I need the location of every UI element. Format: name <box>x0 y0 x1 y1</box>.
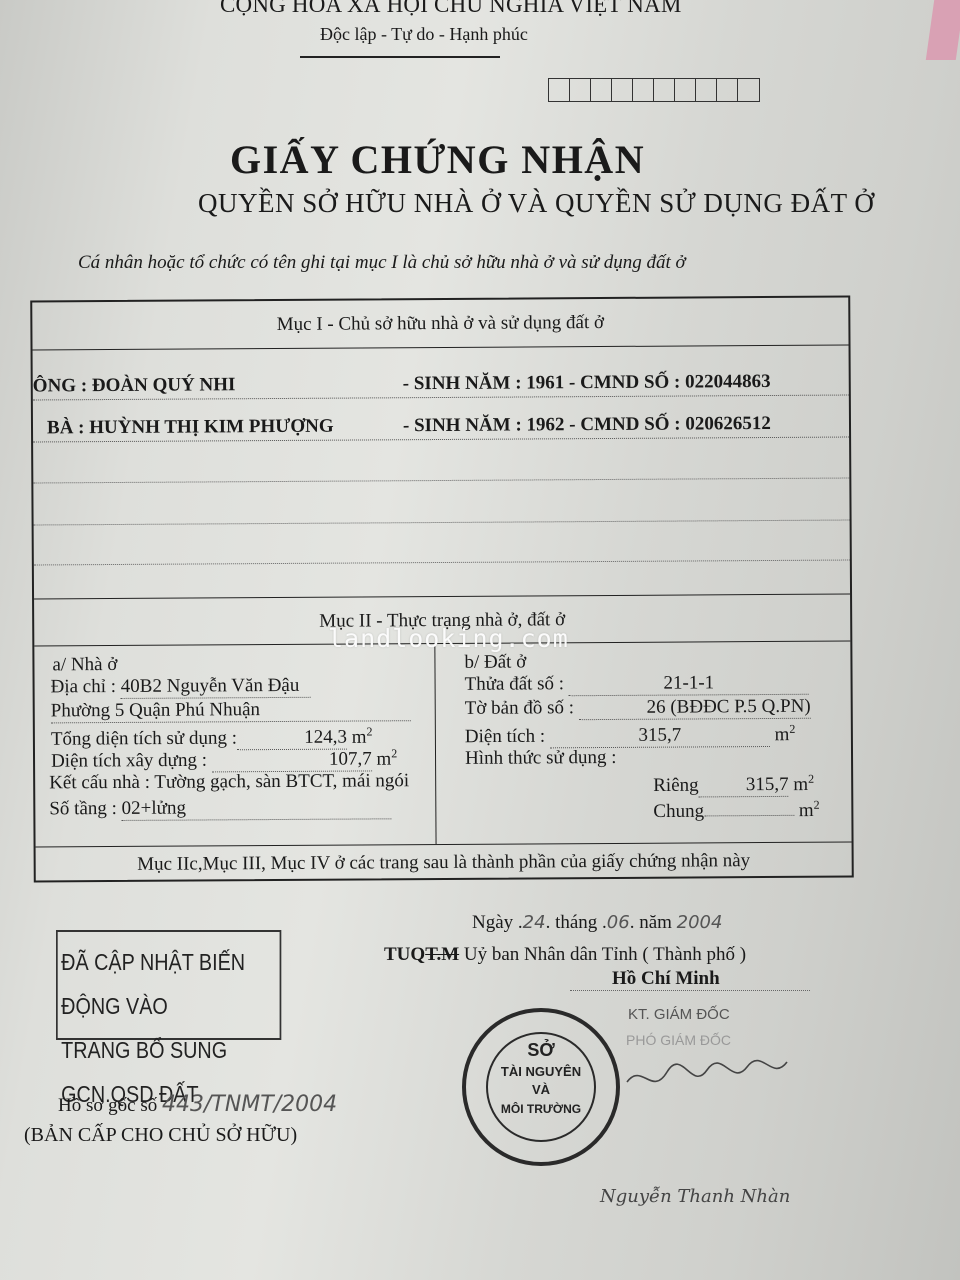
certificate-page: CỘNG HÒA XÃ HỘI CHỦ NGHĨA VIỆT NAM Độc l… <box>0 0 960 1280</box>
motto: Độc lập - Tự do - Hạnh phúc <box>320 24 528 45</box>
private-value: 315,7 <box>746 774 789 795</box>
signer-name: Nguyễn Thanh Nhàn <box>600 1186 790 1207</box>
owner-name: ÔNG : ĐOÀN QUÝ NHI <box>33 374 236 397</box>
authority-city: Hồ Chí Minh <box>612 968 720 990</box>
dotted-line <box>570 990 810 991</box>
blank-line <box>33 478 849 484</box>
record-number: Hồ sơ gốc số 443/TNMT/2004 <box>58 1092 337 1117</box>
plot-number: Thửa đất số : 21-1-1 <box>465 672 809 697</box>
blank-line <box>34 560 850 566</box>
intro-text: Cá nhân hoặc tổ chức có tên ghi tại mục … <box>78 252 686 274</box>
issuing-authority: TUQT.M Uỷ ban Nhân dân Tỉnh ( Thành phố … <box>384 944 746 966</box>
issue-day: 24 <box>523 912 546 933</box>
land-area: Diện tích : 315,7 m2 <box>465 722 796 749</box>
issue-date: Ngày .24. tháng .06. năm 2004 <box>472 912 722 934</box>
official-seal: SỞ TÀI NGUYÊN VÀ MÔI TRƯỜNG <box>462 1008 620 1166</box>
issue-year: 2004 <box>677 912 723 933</box>
column-divider <box>434 644 436 844</box>
house-label: a/ Nhà ở <box>52 654 117 676</box>
blank-line <box>34 520 850 526</box>
nation-heading: CỘNG HÒA XÃ HỘI CHỦ NGHĨA VIỆT NAM <box>220 0 681 18</box>
structure: Kết cấu nhà : Tường gạch, sàn BTCT, mái … <box>49 770 409 794</box>
total-area-value: 124,3 <box>304 727 347 748</box>
land-area-value: 315,7 <box>638 725 681 746</box>
structure-value: Tường gạch, sàn BTCT, mái ngói <box>154 770 409 793</box>
section-footer-note: Mục IIc,Mục III, Mục IV ở các trang sau … <box>36 842 852 883</box>
house-address-line2: Phường 5 Quận Phú Nhuận <box>51 698 411 723</box>
build-area-value: 107,7 <box>329 749 372 770</box>
owner-row: ÔNG : ĐOÀN QUÝ NHI - SINH NĂM : 1961 - C… <box>33 356 849 401</box>
house-address: Địa chỉ : 40B2 Nguyễn Văn Đậu <box>51 675 311 700</box>
pink-folder-edge <box>926 0 960 60</box>
serial-number-boxes <box>548 78 760 102</box>
motto-underline <box>300 56 500 58</box>
usage-form: Hình thức sử dụng : <box>465 747 617 770</box>
map-sheet: Tờ bản đồ số : 26 (BĐĐC P.5 Q.PN) <box>465 696 811 721</box>
plot-value: 21-1-1 <box>663 672 714 693</box>
shared-use: Chung m2 <box>653 798 819 823</box>
signer-title-1: KT. GIÁM ĐỐC <box>628 1006 730 1023</box>
update-stamp-line1: ĐÃ CẬP NHẬT BIẾN ĐỘNG VÀO <box>61 940 276 1028</box>
address-value: 40B2 Nguyễn Văn Đậu <box>121 675 300 697</box>
record-number-value: 443/TNMT/2004 <box>162 1092 337 1117</box>
private-use: Riêng315,7 m2 <box>653 772 814 798</box>
land-label: b/ Đất ở <box>464 651 526 673</box>
issue-month: 06 <box>607 912 630 933</box>
floors-value: 02+lửng <box>122 798 186 819</box>
floors: Số tầng : 02+lửng <box>49 796 391 821</box>
document-subtitle: QUYỀN SỞ HỮU NHÀ Ở VÀ QUYỀN SỬ DỤNG ĐẤT … <box>198 188 874 219</box>
watermark: landlooking.com <box>328 624 569 653</box>
owner-details: - SINH NĂM : 1961 - CMND SỐ : 022044863 <box>403 371 771 395</box>
owner-name: BÀ : HUỲNH THỊ KIM PHƯỢNG <box>47 416 334 440</box>
certificate-table: Mục I - Chủ sở hữu nhà ở và sử dụng đất … <box>30 296 854 883</box>
section-1-heading: Mục I - Chủ sở hữu nhà ở và sử dụng đất … <box>32 298 848 351</box>
signer-title-2: PHÓ GIÁM ĐỐC <box>626 1032 731 1048</box>
owner-details: - SINH NĂM : 1962 - CMND SỐ : 020626512 <box>403 413 771 437</box>
signature-scribble <box>622 1052 792 1102</box>
owner-row: BÀ : HUỲNH THỊ KIM PHƯỢNG - SINH NĂM : 1… <box>33 398 849 443</box>
map-value: 26 (BĐĐC P.5 Q.PN) <box>647 696 811 718</box>
document-title: GIẤY CHỨNG NHẬN <box>230 136 645 183</box>
copy-note: (BẢN CẤP CHO CHỦ SỞ HỮU) <box>24 1124 297 1147</box>
update-stamp: ĐÃ CẬP NHẬT BIẾN ĐỘNG VÀO TRANG BỔ SUNG … <box>56 930 281 1040</box>
